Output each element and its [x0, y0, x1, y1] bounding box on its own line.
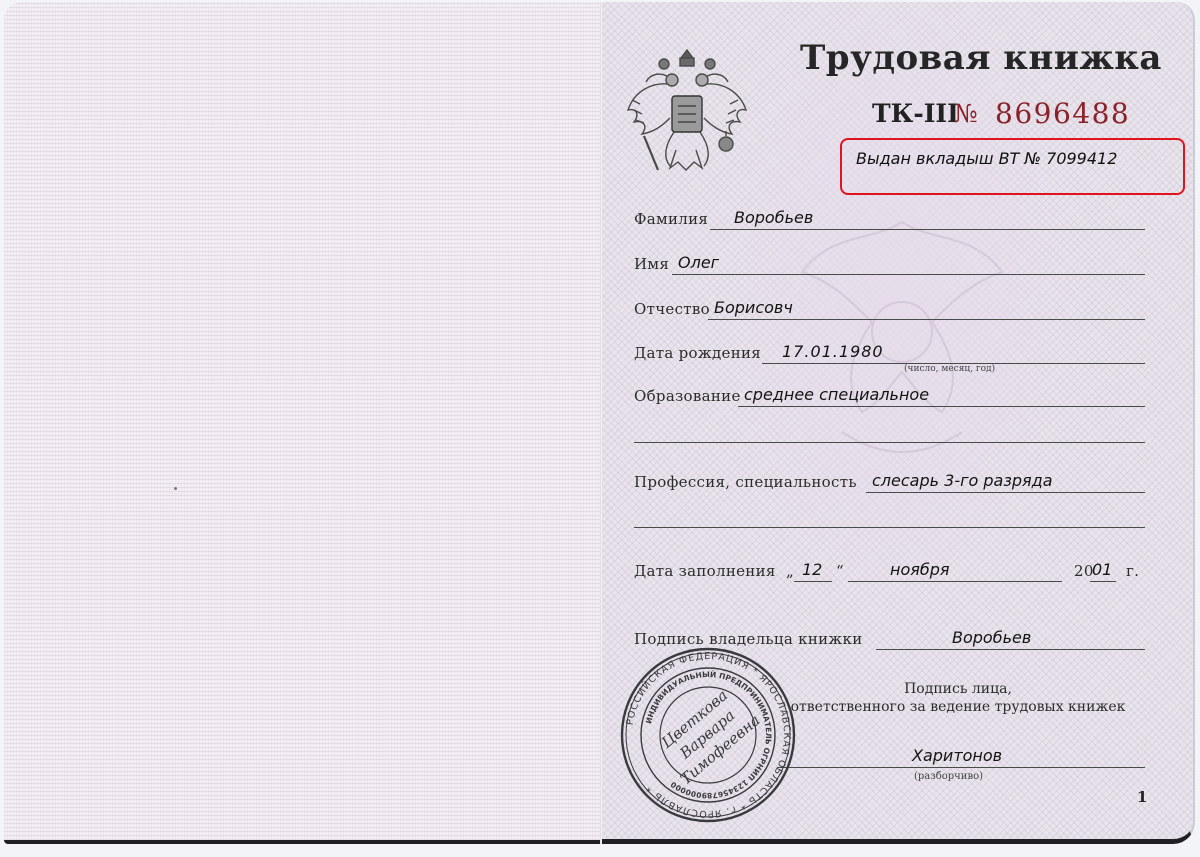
left-page-blank: [4, 2, 602, 844]
field-profession: Профессия, специальность слесарь 3-го ра…: [634, 465, 1145, 493]
label-education: Образование: [634, 387, 741, 405]
value-patronymic: Борисовч: [714, 298, 793, 317]
responsible-label-line2: ответственного за ведение трудовых книже…: [788, 698, 1128, 716]
fill-year-prefix: 20: [1074, 562, 1094, 580]
name-underline: [672, 274, 1145, 275]
responsible-underline: [777, 767, 1145, 768]
value-fill-month: ноября: [890, 560, 950, 579]
value-name: Олег: [678, 253, 719, 272]
fill-date-close-quote: “: [836, 562, 844, 580]
label-profession: Профессия, специальность: [634, 473, 857, 491]
owner-signature-underline: [876, 649, 1145, 650]
page-number: 1: [1137, 788, 1147, 806]
profession-underline-2: [634, 527, 1145, 528]
education-underline: [738, 406, 1145, 407]
label-patronymic: Отчество: [634, 300, 710, 318]
insert-note: Выдан вкладыш ВТ № 7099412: [856, 149, 1117, 168]
right-page-title-page: Трудовая книжка ТК-III № 8696488 Выдан в…: [602, 2, 1195, 844]
value-education: среднее специальное: [744, 385, 929, 404]
label-name: Имя: [634, 255, 669, 273]
education-extra-line: [634, 415, 1145, 443]
value-fill-year: 01: [1092, 560, 1112, 579]
field-responsible-signature: Харитонов: [777, 740, 1145, 768]
value-fill-day: 12: [802, 560, 822, 579]
value-surname: Воробьев: [734, 208, 813, 227]
value-owner-signature: Воробьев: [952, 628, 1031, 647]
hint-birth-date: (число, месяц, год): [904, 364, 995, 374]
fill-year-underline: [1090, 581, 1116, 582]
field-education: Образование среднее специальное: [634, 379, 1145, 407]
coat-of-arms-icon: [622, 40, 752, 180]
insert-note-highlight: Выдан вкладыш ВТ № 7099412: [840, 138, 1185, 195]
document-number: 8696488: [995, 97, 1130, 130]
surname-underline: [710, 229, 1145, 230]
label-surname: Фамилия: [634, 210, 708, 228]
field-name: Имя Олег: [634, 247, 1145, 275]
field-patronymic: Отчество Борисовч: [634, 292, 1145, 320]
document-series: ТК-III: [872, 99, 959, 128]
scanned-document: Трудовая книжка ТК-III № 8696488 Выдан в…: [0, 0, 1200, 857]
fill-month-underline: [848, 581, 1062, 582]
fill-date-open-quote: „: [786, 562, 794, 580]
value-birth-date: 17.01.1980: [782, 342, 884, 361]
profession-extra-line: [634, 500, 1145, 528]
responsible-label-line1: Подпись лица,: [788, 680, 1128, 698]
value-responsible: Харитонов: [912, 746, 1002, 765]
number-sign: №: [954, 99, 978, 128]
label-fill-date: Дата заполнения: [634, 562, 776, 580]
field-birth-date: Дата рождения 17.01.1980: [634, 336, 1145, 364]
field-fill-date: Дата заполнения „ 12 “ ноября 20 01 г.: [634, 554, 1145, 582]
education-underline-2: [634, 442, 1145, 443]
paper-speck: [174, 487, 177, 490]
fill-day-underline: [794, 581, 832, 582]
responsible-person-label: Подпись лица, ответственного за ведение …: [788, 680, 1128, 716]
label-birth-date: Дата рождения: [634, 344, 761, 362]
document-title: Трудовая книжка: [800, 38, 1162, 78]
profession-underline: [866, 492, 1145, 493]
fill-year-unit: г.: [1126, 562, 1139, 580]
field-surname: Фамилия Воробьев: [634, 202, 1145, 230]
official-stamp-icon: РОССИЙСКАЯ ФЕДЕРАЦИЯ * ЯРОСЛАВСКАЯ ОБЛАС…: [618, 645, 798, 825]
hint-responsible: (разборчиво): [914, 771, 983, 782]
patronymic-underline: [708, 319, 1145, 320]
value-profession: слесарь 3-го разряда: [872, 471, 1053, 490]
